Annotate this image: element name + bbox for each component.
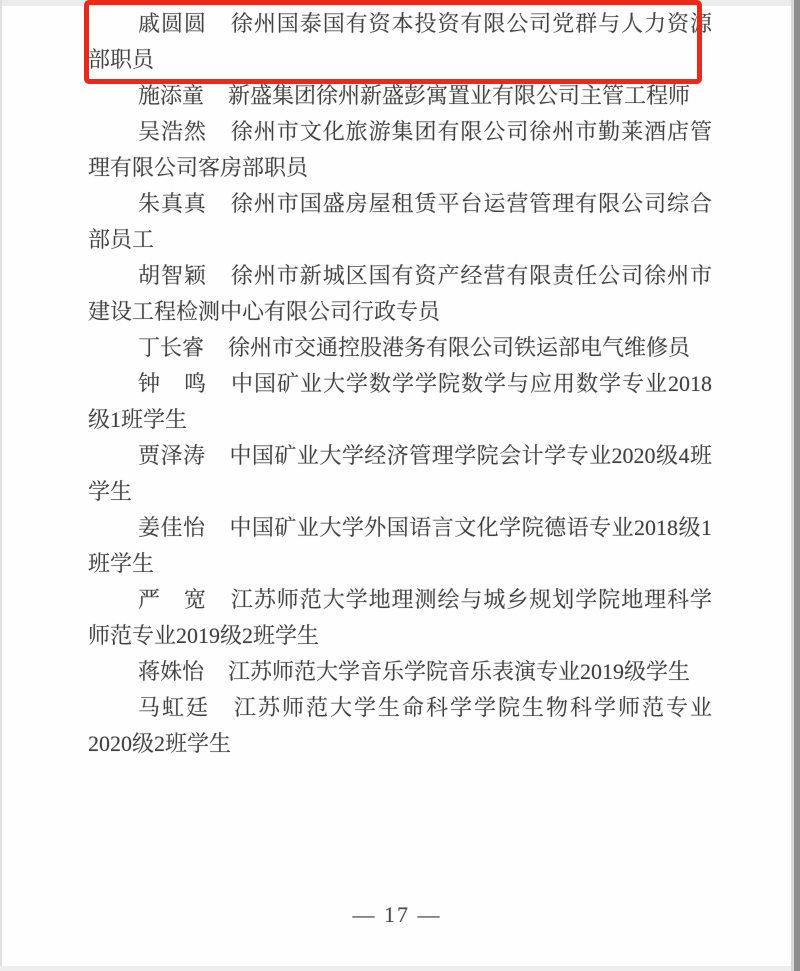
entry: 丁长睿徐州市交通控股港务有限公司铁运部电气维修员 xyxy=(88,330,712,366)
entry: 姜佳怡中国矿业大学外国语言文化学院德语专业2018级1班学生 xyxy=(88,510,712,582)
entry-name: 贾泽涛 xyxy=(138,443,205,468)
document-page: 戚圆圆徐州国泰国有资本投资有限公司党群与人力资源部职员 施添童新盛集团徐州新盛彭… xyxy=(0,0,800,971)
entry-name: 钟 鸣 xyxy=(138,371,207,396)
entry: 吴浩然徐州市文化旅游集团有限公司徐州市勤莱酒店管理有限公司客房部职员 xyxy=(88,114,712,186)
entry: 钟 鸣中国矿业大学数学学院数学与应用数学专业2018级1班学生 xyxy=(88,366,712,438)
entry: 贾泽涛中国矿业大学经济管理学院会计学专业2020级4班学生 xyxy=(88,438,712,510)
entry-name: 姜佳怡 xyxy=(138,515,205,540)
entry-name: 蒋姝怡 xyxy=(138,659,204,684)
entry-name: 胡智颖 xyxy=(138,263,207,288)
entry: 马虹廷江苏师范大学生命科学学院生物科学师范专业2020级2班学生 xyxy=(88,690,712,762)
entry: 胡智颖徐州市新城区国有资产经营有限责任公司徐州市建设工程检测中心有限公司行政专员 xyxy=(88,258,712,330)
scan-left-edge xyxy=(0,0,2,971)
scan-bottom-edge xyxy=(0,966,800,971)
entry-name: 朱真真 xyxy=(138,191,207,216)
entry-name: 戚圆圆 xyxy=(138,11,207,36)
entry: 蒋姝怡江苏师范大学音乐学院音乐表演专业2019级学生 xyxy=(88,654,712,690)
entry-affiliation: 徐州市交通控股港务有限公司铁运部电气维修员 xyxy=(228,335,690,360)
name-list: 戚圆圆徐州国泰国有资本投资有限公司党群与人力资源部职员 施添童新盛集团徐州新盛彭… xyxy=(88,6,712,762)
entry-name: 严 宽 xyxy=(138,587,207,612)
entry-name: 施添童 xyxy=(138,83,204,108)
entry-name: 马虹廷 xyxy=(138,695,210,720)
scan-right-edge-bar xyxy=(794,0,800,971)
entry-name: 吴浩然 xyxy=(138,119,207,144)
entry-affiliation: 江苏师范大学音乐学院音乐表演专业2019级学生 xyxy=(228,659,690,684)
entry-highlighted: 戚圆圆徐州国泰国有资本投资有限公司党群与人力资源部职员 xyxy=(88,6,712,78)
entry-name: 丁长睿 xyxy=(138,335,204,360)
entry: 朱真真徐州市国盛房屋租赁平台运营管理有限公司综合部员工 xyxy=(88,186,712,258)
entry: 严 宽江苏师范大学地理测绘与城乡规划学院地理科学师范专业2019级2班学生 xyxy=(88,582,712,654)
page-number: — 17 — xyxy=(0,902,794,928)
entry-affiliation: 新盛集团徐州新盛彭寓置业有限公司主管工程师 xyxy=(228,83,690,108)
entry: 施添童新盛集团徐州新盛彭寓置业有限公司主管工程师 xyxy=(88,78,712,114)
